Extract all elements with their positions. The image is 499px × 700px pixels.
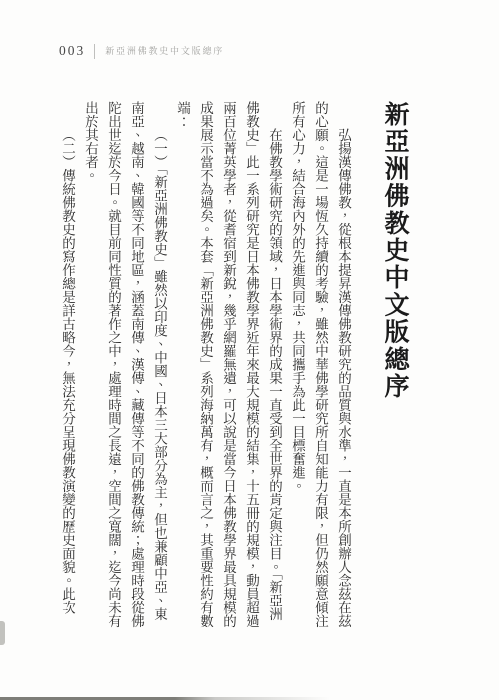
running-title: 新亞洲佛教史中文版總序 [105,42,224,60]
scan-artifact-left-edge [0,621,5,645]
article-title: 新亞洲佛教史中文版總序 [381,101,407,634]
paragraph-4: （二）傳統佛教史的寫作總是詳古略今，無法充分呈現佛教演變的歷史面貌。此次 [56,101,79,634]
paragraph-3: （一）「新亞洲佛教史」雖然以印度、中國、日本三大部分為主，但也兼顧中亞、東南亞、… [79,101,171,634]
page-number: 003 [59,42,85,60]
article-content: 新亞洲佛教史中文版總序 弘揚漢傳佛教，從根本提昇漢傳佛教研究的品質與水準，一直是… [56,101,407,634]
book-page: 003 新亞洲佛教史中文版總序 新亞洲佛教史中文版總序 弘揚漢傳佛教，從根本提昇… [0,0,499,700]
paragraph-1: 弘揚漢傳佛教，從根本提昇漢傳佛教研究的品質與水準，一直是本所創辦人念茲在茲的心願… [286,101,355,634]
page-header: 003 新亞洲佛教史中文版總序 [59,42,224,60]
header-divider [94,44,95,59]
paragraph-2: 在佛教學術研究的領域，日本學術界的成果一直受到全世界的肯定與注目。「新亞洲佛教史… [171,101,286,634]
